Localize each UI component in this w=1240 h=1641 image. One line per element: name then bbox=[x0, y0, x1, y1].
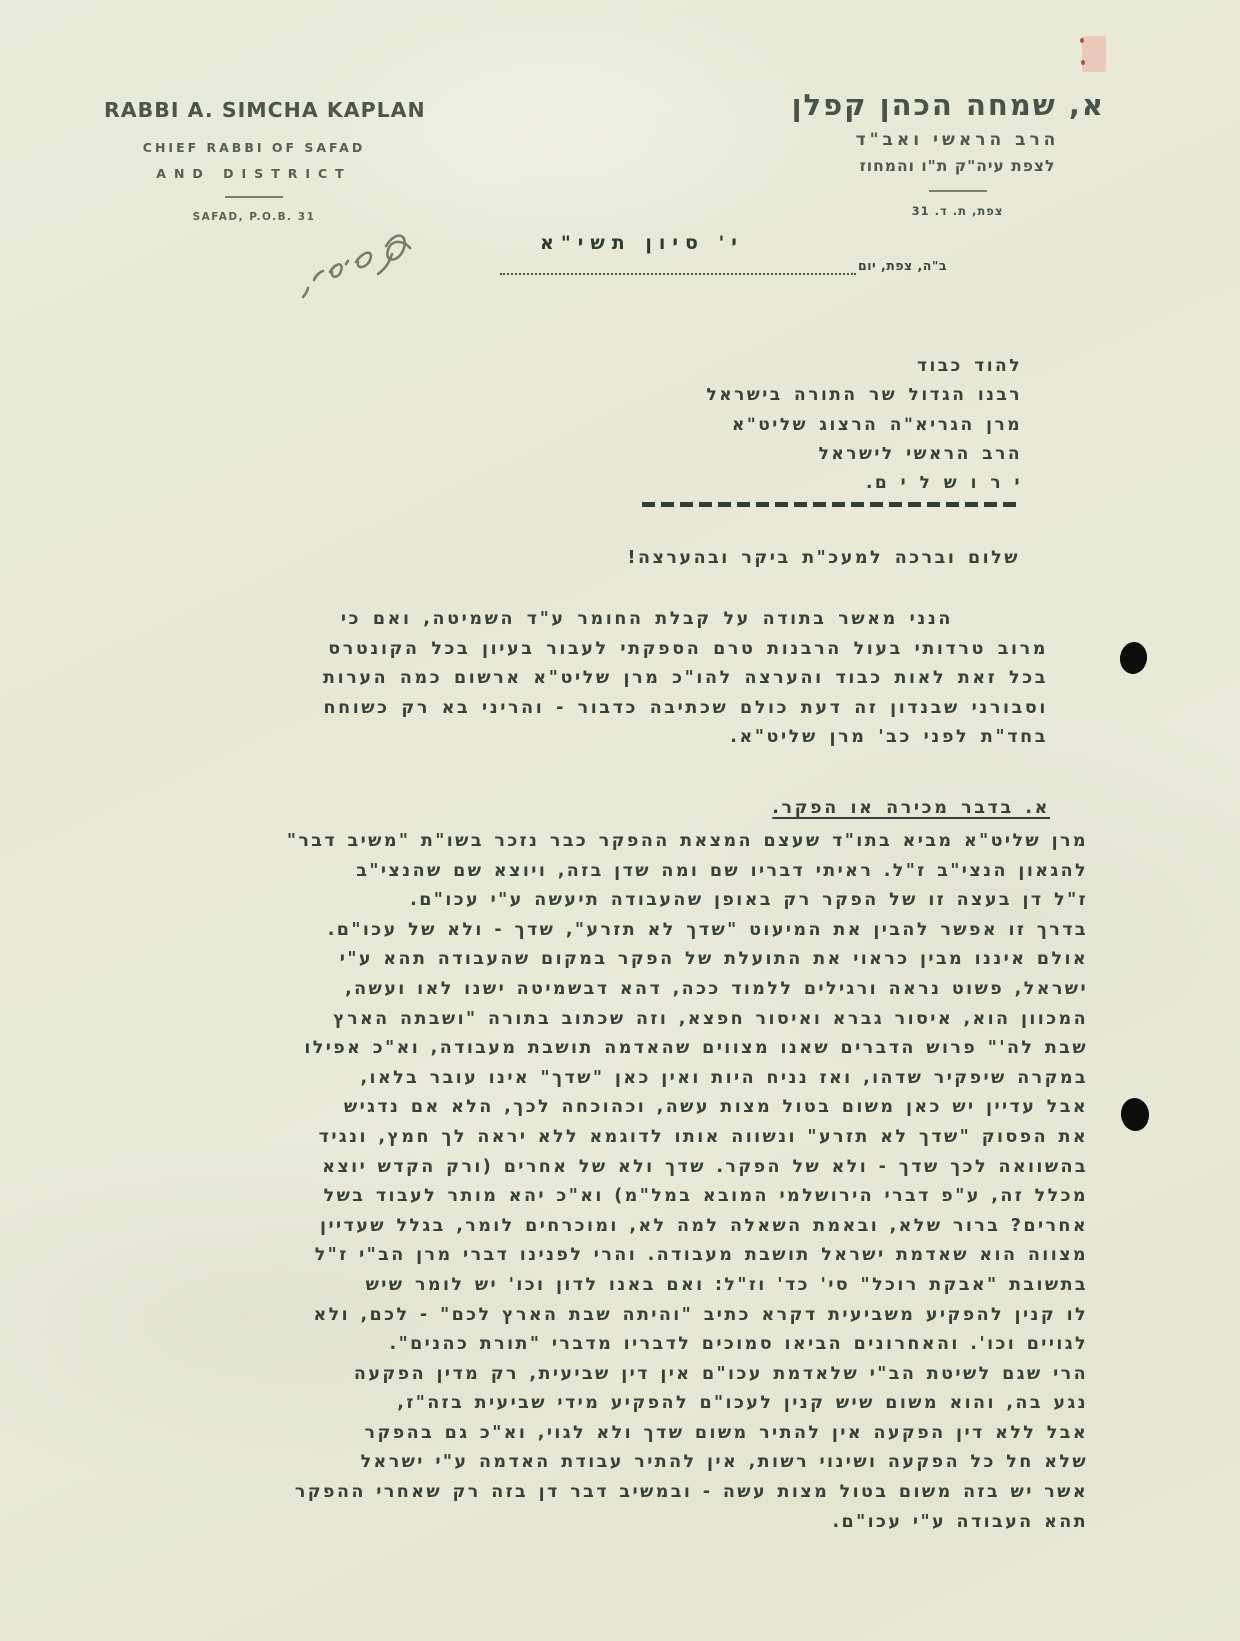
body-line: אשר יש בזה משום בטול מצות עשה - ובמשיב ד… bbox=[112, 1478, 1088, 1508]
body-line: להגאון הנצי"ב ז"ל. ראיתי דבריו שם ומה שד… bbox=[112, 857, 1088, 887]
letterhead-hebrew: א, שמחה הכהן קפלן הרב הראשי ואב"ד לצפת ע… bbox=[810, 88, 1105, 218]
body-line: אבל עדיין יש כאן משום בטול מצות עשה, וכה… bbox=[112, 1093, 1088, 1123]
rabbi-title-hebrew-2: לצפת עיה"ק ת"ו והמחוז bbox=[810, 157, 1105, 175]
typed-hebrew-date: י' סיון תשי"א bbox=[540, 232, 744, 254]
paragraph-line: בחד"ת לפני כב' מרן שליט"א. bbox=[168, 723, 1048, 753]
body-line: המכוון הוא, איסור גברא ואיסור חפצא, וזה … bbox=[112, 1005, 1088, 1035]
red-speck bbox=[1080, 38, 1084, 43]
body-line: בדרך זו אפשר להבין את המיעוט "שדך לא תזר… bbox=[112, 916, 1088, 946]
paragraph-line: בכל זאת לאות כבוד והערצה להו"כ מרן שליט"… bbox=[168, 664, 1048, 694]
paragraph-line: הנני מאשר בתודה על קבלת החומר ע"ד השמיטה… bbox=[168, 605, 1048, 635]
body-line: נגע בה, והוא משום שיש קנין לעכו"ם להפקיע… bbox=[112, 1389, 1088, 1419]
rabbi-title-english-1: CHIEF RABBI OF SAFAD bbox=[104, 140, 404, 155]
letter-body: מרן שליט"א מביא בתו"ד שעצם המצאת ההפקר כ… bbox=[112, 827, 1088, 1537]
letterhead-divider-left bbox=[225, 196, 283, 198]
pink-residue-patch bbox=[1082, 36, 1106, 72]
body-line: לו קנין להפקיע משביעית דקרא כתיב "והיתה … bbox=[112, 1301, 1088, 1331]
body-line: ישראל, פשוט נראה ורגילים ללמוד ככה, דהא … bbox=[112, 975, 1088, 1005]
rabbi-title-hebrew-1: הרב הראשי ואב"ד bbox=[810, 130, 1105, 150]
body-line: אולם איננו מבין כראוי את התועלת של הפקר … bbox=[112, 945, 1088, 975]
body-line: ז"ל דן בעצה זו של הפקר רק באופן שהעבודה … bbox=[112, 886, 1088, 916]
addressee-underline bbox=[642, 502, 1022, 507]
rabbi-title-english-2: AND DISTRICT bbox=[104, 166, 404, 181]
letterhead-divider-right bbox=[929, 190, 987, 192]
addressee-line: הרב הראשי לישראל bbox=[706, 440, 1022, 469]
body-line: לגויים וכו'. והאחרונים הביאו סמוכים לדבר… bbox=[112, 1330, 1088, 1360]
addressee-line: רבנו הגדול שר התורה בישראל bbox=[706, 381, 1022, 410]
body-line: מצווה הוא שאדמת ישראל תושבת מעבודה. והרי… bbox=[112, 1241, 1088, 1271]
handwritten-note bbox=[278, 218, 428, 303]
body-line: אחרים? ברור שלא, ובאמת השאלה למה לא, ומו… bbox=[112, 1212, 1088, 1242]
red-speck bbox=[1081, 60, 1085, 65]
paragraph-line: מרוב טרדותי בעול הרבנות טרם הספקתי לעבור… bbox=[168, 635, 1048, 665]
addressee-line: מרן הגריא"ה הרצוג שליט"א bbox=[706, 411, 1022, 440]
body-line: שבת לה'" פרוש הדברים שאנו מצווים שהאדמה … bbox=[112, 1034, 1088, 1064]
body-line: תהא העבודה ע"י עכו"ם. bbox=[112, 1508, 1088, 1538]
paragraph-line: וסבורני שבנדון זה דעת כולם שכתיבה כדבור … bbox=[168, 694, 1048, 724]
body-line: בהשוואה לכך שדך - ולא של הפקר. שדך ולא ש… bbox=[112, 1153, 1088, 1183]
salutation: שלום וברכה למעכ"ת ביקר ובהערצה! bbox=[627, 548, 1020, 568]
rabbi-name-hebrew: א, שמחה הכהן קפלן bbox=[810, 88, 1105, 122]
body-line: במקרה שיפקיר שדהו, ואז נניח היות ואין כא… bbox=[112, 1064, 1088, 1094]
rabbi-name-english: RABBI A. SIMCHA KAPLAN bbox=[104, 98, 404, 122]
body-line: בתשובת "אבקת רוכל" סי' כד' וז"ל: ואם באנ… bbox=[112, 1271, 1088, 1301]
opening-paragraph: הנני מאשר בתודה על קבלת החומר ע"ד השמיטה… bbox=[168, 605, 1048, 753]
addressee-line: י ר ו ש ל י ם. bbox=[706, 469, 1022, 498]
body-line: הרי שגם לשיטת הב"י שלאדמת עכו"ם אין דין … bbox=[112, 1360, 1088, 1390]
body-line: מרן שליט"א מביא בתו"ד שעצם המצאת ההפקר כ… bbox=[112, 827, 1088, 857]
body-line: מכלל זה, ע"פ דברי הירושלמי המובא במל"מ) … bbox=[112, 1182, 1088, 1212]
body-line: שלא חל כל הפקעה ושינוי רשות, אין להתיר ע… bbox=[112, 1448, 1088, 1478]
section-heading: א. בדבר מכירה או הפקר. bbox=[772, 798, 1050, 818]
body-line: את הפסוק "שדך לא תזרע" ונשווה אותו לדוגמ… bbox=[112, 1123, 1088, 1153]
letterhead-english: RABBI A. SIMCHA KAPLAN CHIEF RABBI OF SA… bbox=[104, 98, 404, 223]
body-line: אבל ללא דין הפקעה אין להתיר משום שדך ולא… bbox=[112, 1419, 1088, 1449]
addressee-block: להוד כבודרבנו הגדול שר התורה בישראלמרן ה… bbox=[706, 352, 1022, 498]
address-hebrew: צפת, ת. ד. 31 bbox=[810, 204, 1105, 218]
addressee-line: להוד כבוד bbox=[706, 352, 1022, 381]
dateline-printed-label: ב"ה, צפת, יום bbox=[858, 258, 947, 273]
